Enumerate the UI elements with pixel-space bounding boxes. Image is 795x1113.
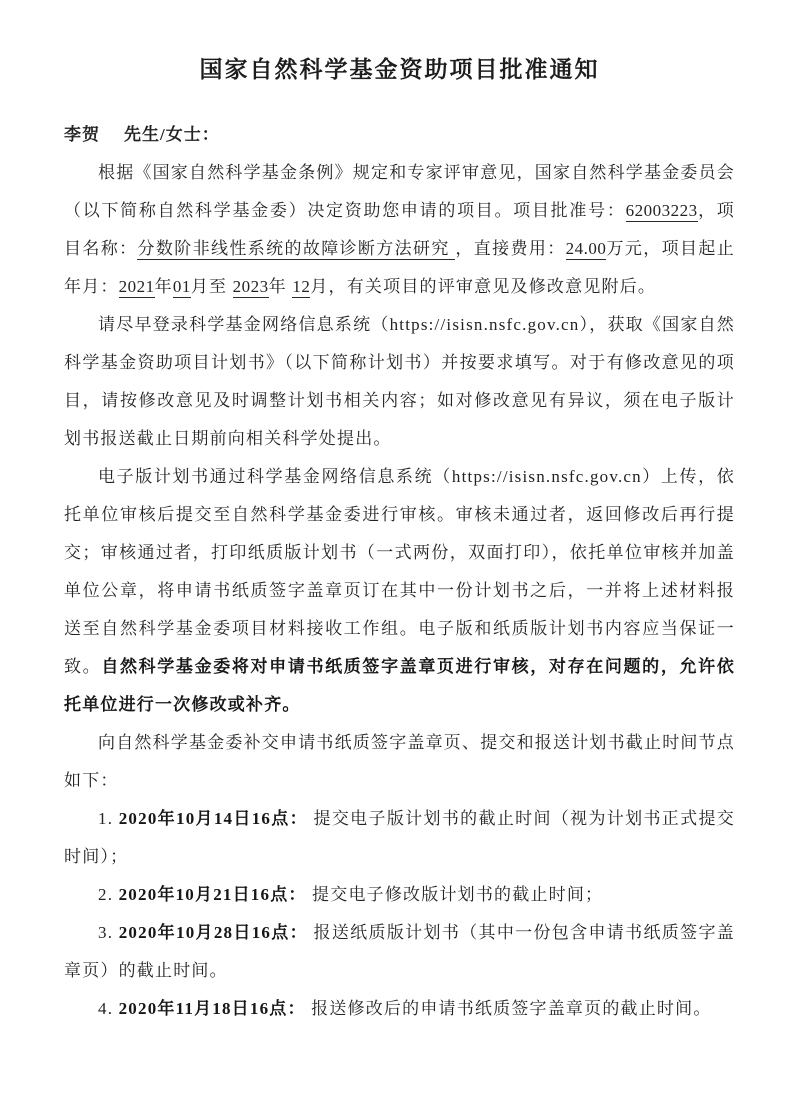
deadline-text: 提交电子修改版计划书的截止时间；: [307, 885, 604, 904]
direct-cost-value: 24.00: [566, 239, 607, 260]
start-year-value: 2021: [119, 277, 155, 298]
project-name-value: 分数阶非线性系统的故障诊断方法研究: [137, 239, 455, 260]
month-to-text: 月至: [191, 277, 233, 296]
start-month-value: 01: [173, 277, 191, 298]
deadline-number: 4.: [98, 999, 119, 1018]
deadline-number: 3.: [98, 923, 119, 942]
deadline-item-2: 2. 2020年10月21日16点： 提交电子修改版计划书的截止时间；: [64, 876, 735, 914]
year-unit-1: 年: [155, 277, 173, 296]
recipient-name: 李贺: [64, 125, 100, 144]
paragraph-submission-instructions: 电子版计划书通过科学基金网络信息系统（https://isisn.nsfc.go…: [64, 458, 735, 724]
deadline-datetime: 2020年11月18日16点：: [119, 999, 306, 1018]
deadline-number: 2.: [98, 885, 119, 904]
paragraph-login-instructions: 请尽早登录科学基金网络信息系统（https://isisn.nsfc.gov.c…: [64, 306, 735, 458]
deadline-item-4: 4. 2020年11月18日16点： 报送修改后的申请书纸质签字盖章页的截止时间…: [64, 990, 735, 1028]
deadline-item-1: 1. 2020年10月14日16点： 提交电子版计划书的截止时间（视为计划书正式…: [64, 800, 735, 876]
grant-info-after-name: ，直接费用：: [455, 239, 565, 258]
deadline-datetime: 2020年10月28日16点：: [119, 923, 308, 942]
deadline-item-3: 3. 2020年10月28日16点： 报送纸质版计划书（其中一份包含申请书纸质签…: [64, 914, 735, 990]
deadline-number: 1.: [98, 809, 119, 828]
grant-number-value: 62003223: [626, 201, 698, 222]
submission-bold-notice: 自然科学基金委将对申请书纸质签字盖章页进行审核，对存在问题的，允许依托单位进行一…: [64, 657, 735, 714]
document-title: 国家自然科学基金资助项目批准通知: [64, 52, 735, 88]
paragraph-deadlines-intro: 向自然科学基金委补交申请书纸质签字盖章页、提交和报送计划书截止时间节点如下：: [64, 724, 735, 800]
greeting-line: 李贺先生/女士：: [64, 116, 735, 154]
notice-document-page: 国家自然科学基金资助项目批准通知 李贺先生/女士： 根据《国家自然科学基金条例》…: [0, 0, 795, 1113]
grant-info-tail: 月，有关项目的评审意见及修改意见附后。: [310, 277, 656, 296]
paragraph-grant-info: 根据《国家自然科学基金条例》规定和专家评审意见，国家自然科学基金委员会（以下简称…: [64, 154, 735, 306]
end-year-value: 2023: [233, 277, 269, 298]
deadline-datetime: 2020年10月21日16点：: [119, 885, 307, 904]
end-month-value: 12: [292, 277, 310, 298]
deadline-datetime: 2020年10月14日16点：: [119, 809, 308, 828]
deadline-text: 报送修改后的申请书纸质签字盖章页的截止时间。: [306, 999, 712, 1018]
greeting-salutation: 先生/女士：: [124, 125, 220, 144]
submission-normal-text: 电子版计划书通过科学基金网络信息系统（https://isisn.nsfc.go…: [64, 467, 735, 676]
year-unit-2: 年: [269, 277, 293, 296]
